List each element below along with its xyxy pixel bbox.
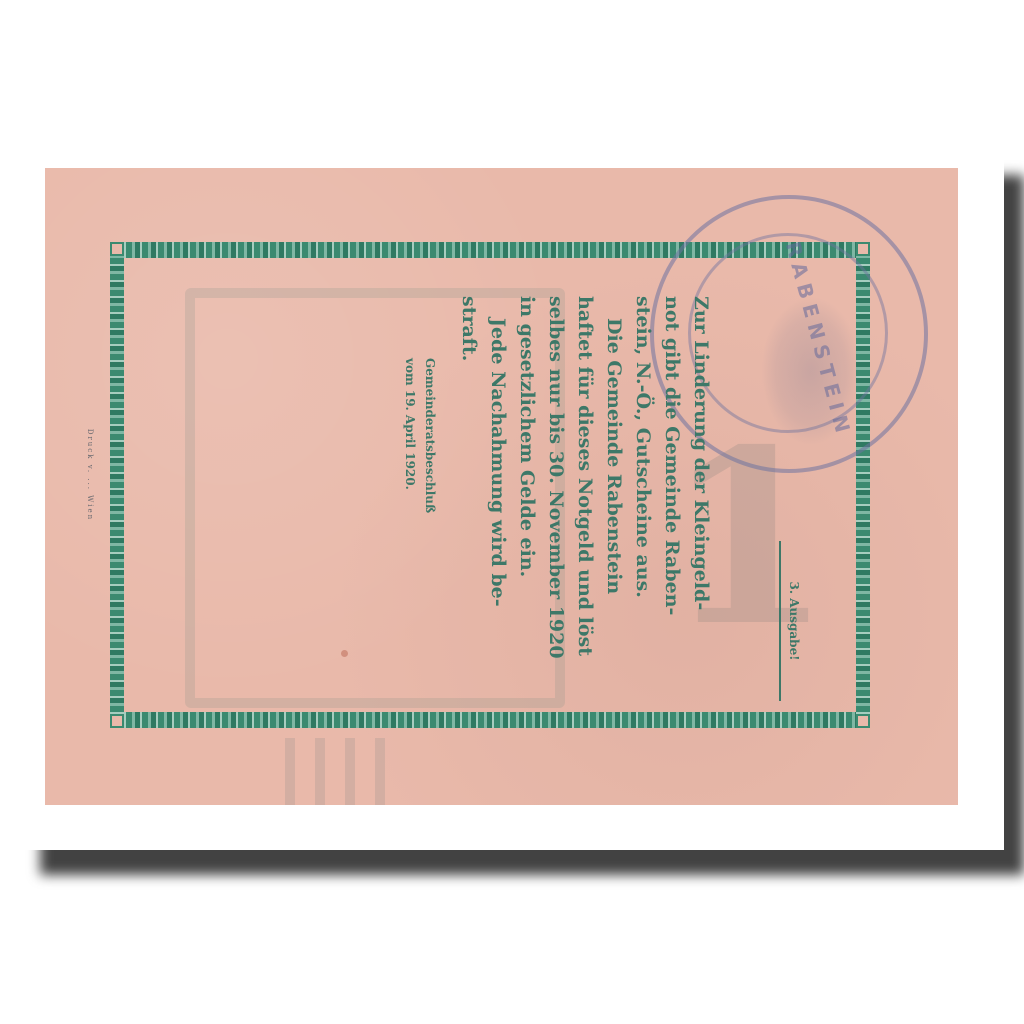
show-through-bars bbox=[285, 738, 415, 805]
main-text-block: Zur Linderung der Kleingeld- not gibt di… bbox=[275, 258, 715, 698]
text-line: straft. bbox=[454, 258, 483, 698]
text-line: Jede Nachahmung wird be- bbox=[483, 258, 512, 698]
text-line: stein, N.-Ö., Gutscheine aus. bbox=[628, 258, 657, 698]
text-line: Zur Linderung der Kleingeld- bbox=[686, 258, 715, 698]
text-line: Die Gemeinde Rabenstein bbox=[599, 258, 628, 698]
text-line: selbes nur bis 30. November 1920 bbox=[541, 258, 570, 698]
resolution-date: vom 19. April 1920. bbox=[400, 258, 420, 698]
text-line: not gibt die Gemeinde Raben- bbox=[657, 258, 686, 698]
ink-spot bbox=[341, 650, 348, 657]
text-line: haftet für dieses Notgeld und löst bbox=[570, 258, 599, 698]
banknote: 1 RABENSTEIN Zur Linderung der Kleingeld… bbox=[45, 168, 958, 805]
issue-label: 3. Ausgabe! bbox=[780, 540, 800, 700]
resolution-label: Gemeinderatsbeschluß bbox=[420, 258, 440, 698]
printer-imprint: Druck v. ... Wien bbox=[80, 425, 94, 525]
text-line: in gesetzlichem Gelde ein. bbox=[512, 258, 541, 698]
